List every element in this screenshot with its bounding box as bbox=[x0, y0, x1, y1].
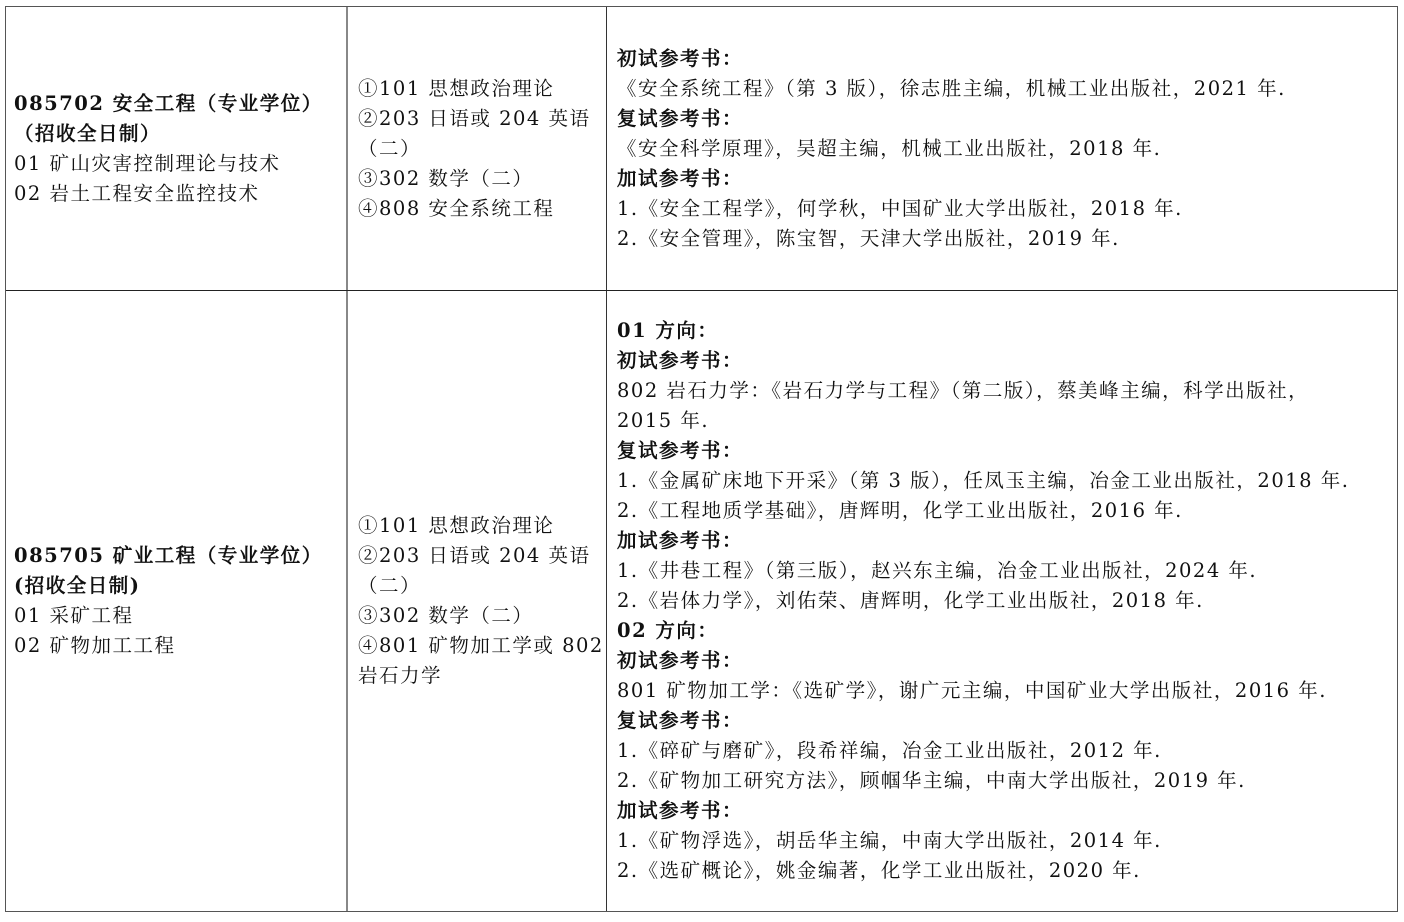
reference-books-cell: 01 方向： 初试参考书： 802 岩石力学：《岩石力学与工程》（第二版），蔡美… bbox=[607, 291, 1397, 911]
exam-subject: ④808 安全系统工程 bbox=[358, 194, 600, 224]
reference-item: 801 矿物加工学：《选矿学》，谢广元主编，中国矿业大学出版社，2016 年. bbox=[617, 676, 1391, 706]
exam-subject-continued: 岩石力学 bbox=[358, 661, 600, 691]
major-title: 085702 安全工程（专业学位） bbox=[14, 89, 340, 119]
reference-item: 《安全科学原理》，吴超主编，机械工业出版社，2018 年. bbox=[617, 134, 1391, 164]
admissions-table: 085702 安全工程（专业学位） （招收全日制） 01 矿山灾害控制理论与技术… bbox=[5, 6, 1398, 912]
reference-item: 2.《安全管理》，陈宝智，天津大学出版社，2019 年. bbox=[617, 224, 1391, 254]
exam-subject: ②203 日语或 204 英语 bbox=[358, 104, 600, 134]
reference-item: 1.《碎矿与磨矿》，段希祥编，冶金工业出版社，2012 年. bbox=[617, 736, 1391, 766]
direction-item: 02 矿物加工工程 bbox=[14, 631, 340, 661]
section-heading: 加试参考书： bbox=[617, 164, 1391, 194]
table-row-085705: 085705 矿业工程（专业学位） (招收全日制) 01 采矿工程 02 矿物加… bbox=[6, 291, 1397, 911]
exam-subject: ③302 数学（二） bbox=[358, 164, 600, 194]
reference-item: 2.《岩体力学》，刘佑荣、唐辉明，化学工业出版社，2018 年. bbox=[617, 586, 1391, 616]
reference-item: 1.《井巷工程》（第三版），赵兴东主编，冶金工业出版社，2024 年. bbox=[617, 556, 1391, 586]
reference-item: 1.《金属矿床地下开采》（第 3 版），任凤玉主编，冶金工业出版社，2018 年… bbox=[617, 466, 1391, 496]
section-heading: 初试参考书： bbox=[617, 646, 1391, 676]
exam-subject: ③302 数学（二） bbox=[358, 601, 600, 631]
major-title: 085705 矿业工程（专业学位） bbox=[14, 541, 340, 571]
enrollment-mode: （招收全日制） bbox=[14, 119, 340, 149]
reference-item: 802 岩石力学：《岩石力学与工程》（第二版），蔡美峰主编，科学出版社， bbox=[617, 376, 1391, 406]
section-heading: 复试参考书： bbox=[617, 104, 1391, 134]
reference-item: 2.《矿物加工研究方法》，顾帼华主编，中南大学出版社，2019 年. bbox=[617, 766, 1391, 796]
direction-item: 02 岩土工程安全监控技术 bbox=[14, 179, 340, 209]
reference-item: 1.《安全工程学》，何学秋，中国矿业大学出版社，2018 年. bbox=[617, 194, 1391, 224]
exam-subjects-cell: ①101 思想政治理论 ②203 日语或 204 英语 （二） ③302 数学（… bbox=[348, 291, 607, 911]
reference-item: 2.《工程地质学基础》，唐辉明，化学工业出版社，2016 年. bbox=[617, 496, 1391, 526]
reference-item: 《安全系统工程》（第 3 版），徐志胜主编，机械工业出版社，2021 年. bbox=[617, 74, 1391, 104]
exam-subject-continued: （二） bbox=[358, 134, 600, 164]
exam-subjects-cell: ①101 思想政治理论 ②203 日语或 204 英语 （二） ③302 数学（… bbox=[348, 7, 607, 290]
section-heading: 加试参考书： bbox=[617, 526, 1391, 556]
reference-item: 2.《选矿概论》，姚金编著，化学工业出版社，2020 年. bbox=[617, 856, 1391, 886]
enrollment-mode: (招收全日制) bbox=[14, 571, 340, 601]
section-heading: 复试参考书： bbox=[617, 436, 1391, 466]
exam-subject: ②203 日语或 204 英语 bbox=[358, 541, 600, 571]
reference-item-continued: 2015 年. bbox=[617, 406, 1391, 436]
reference-item: 1.《矿物浮选》，胡岳华主编，中南大学出版社，2014 年. bbox=[617, 826, 1391, 856]
major-cell: 085702 安全工程（专业学位） （招收全日制） 01 矿山灾害控制理论与技术… bbox=[6, 7, 348, 290]
direction-heading: 02 方向： bbox=[617, 616, 1391, 646]
direction-item: 01 矿山灾害控制理论与技术 bbox=[14, 149, 340, 179]
direction-heading: 01 方向： bbox=[617, 316, 1391, 346]
direction-item: 01 采矿工程 bbox=[14, 601, 340, 631]
section-heading: 复试参考书： bbox=[617, 706, 1391, 736]
section-heading: 初试参考书： bbox=[617, 44, 1391, 74]
exam-subject: ①101 思想政治理论 bbox=[358, 511, 600, 541]
exam-subject: ①101 思想政治理论 bbox=[358, 74, 600, 104]
table-row-085702: 085702 安全工程（专业学位） （招收全日制） 01 矿山灾害控制理论与技术… bbox=[6, 7, 1397, 291]
major-cell: 085705 矿业工程（专业学位） (招收全日制) 01 采矿工程 02 矿物加… bbox=[6, 291, 348, 911]
reference-books-cell: 初试参考书： 《安全系统工程》（第 3 版），徐志胜主编，机械工业出版社，202… bbox=[607, 7, 1397, 290]
section-heading: 初试参考书： bbox=[617, 346, 1391, 376]
exam-subject-continued: （二） bbox=[358, 571, 600, 601]
section-heading: 加试参考书： bbox=[617, 796, 1391, 826]
exam-subject: ④801 矿物加工学或 802 bbox=[358, 631, 600, 661]
